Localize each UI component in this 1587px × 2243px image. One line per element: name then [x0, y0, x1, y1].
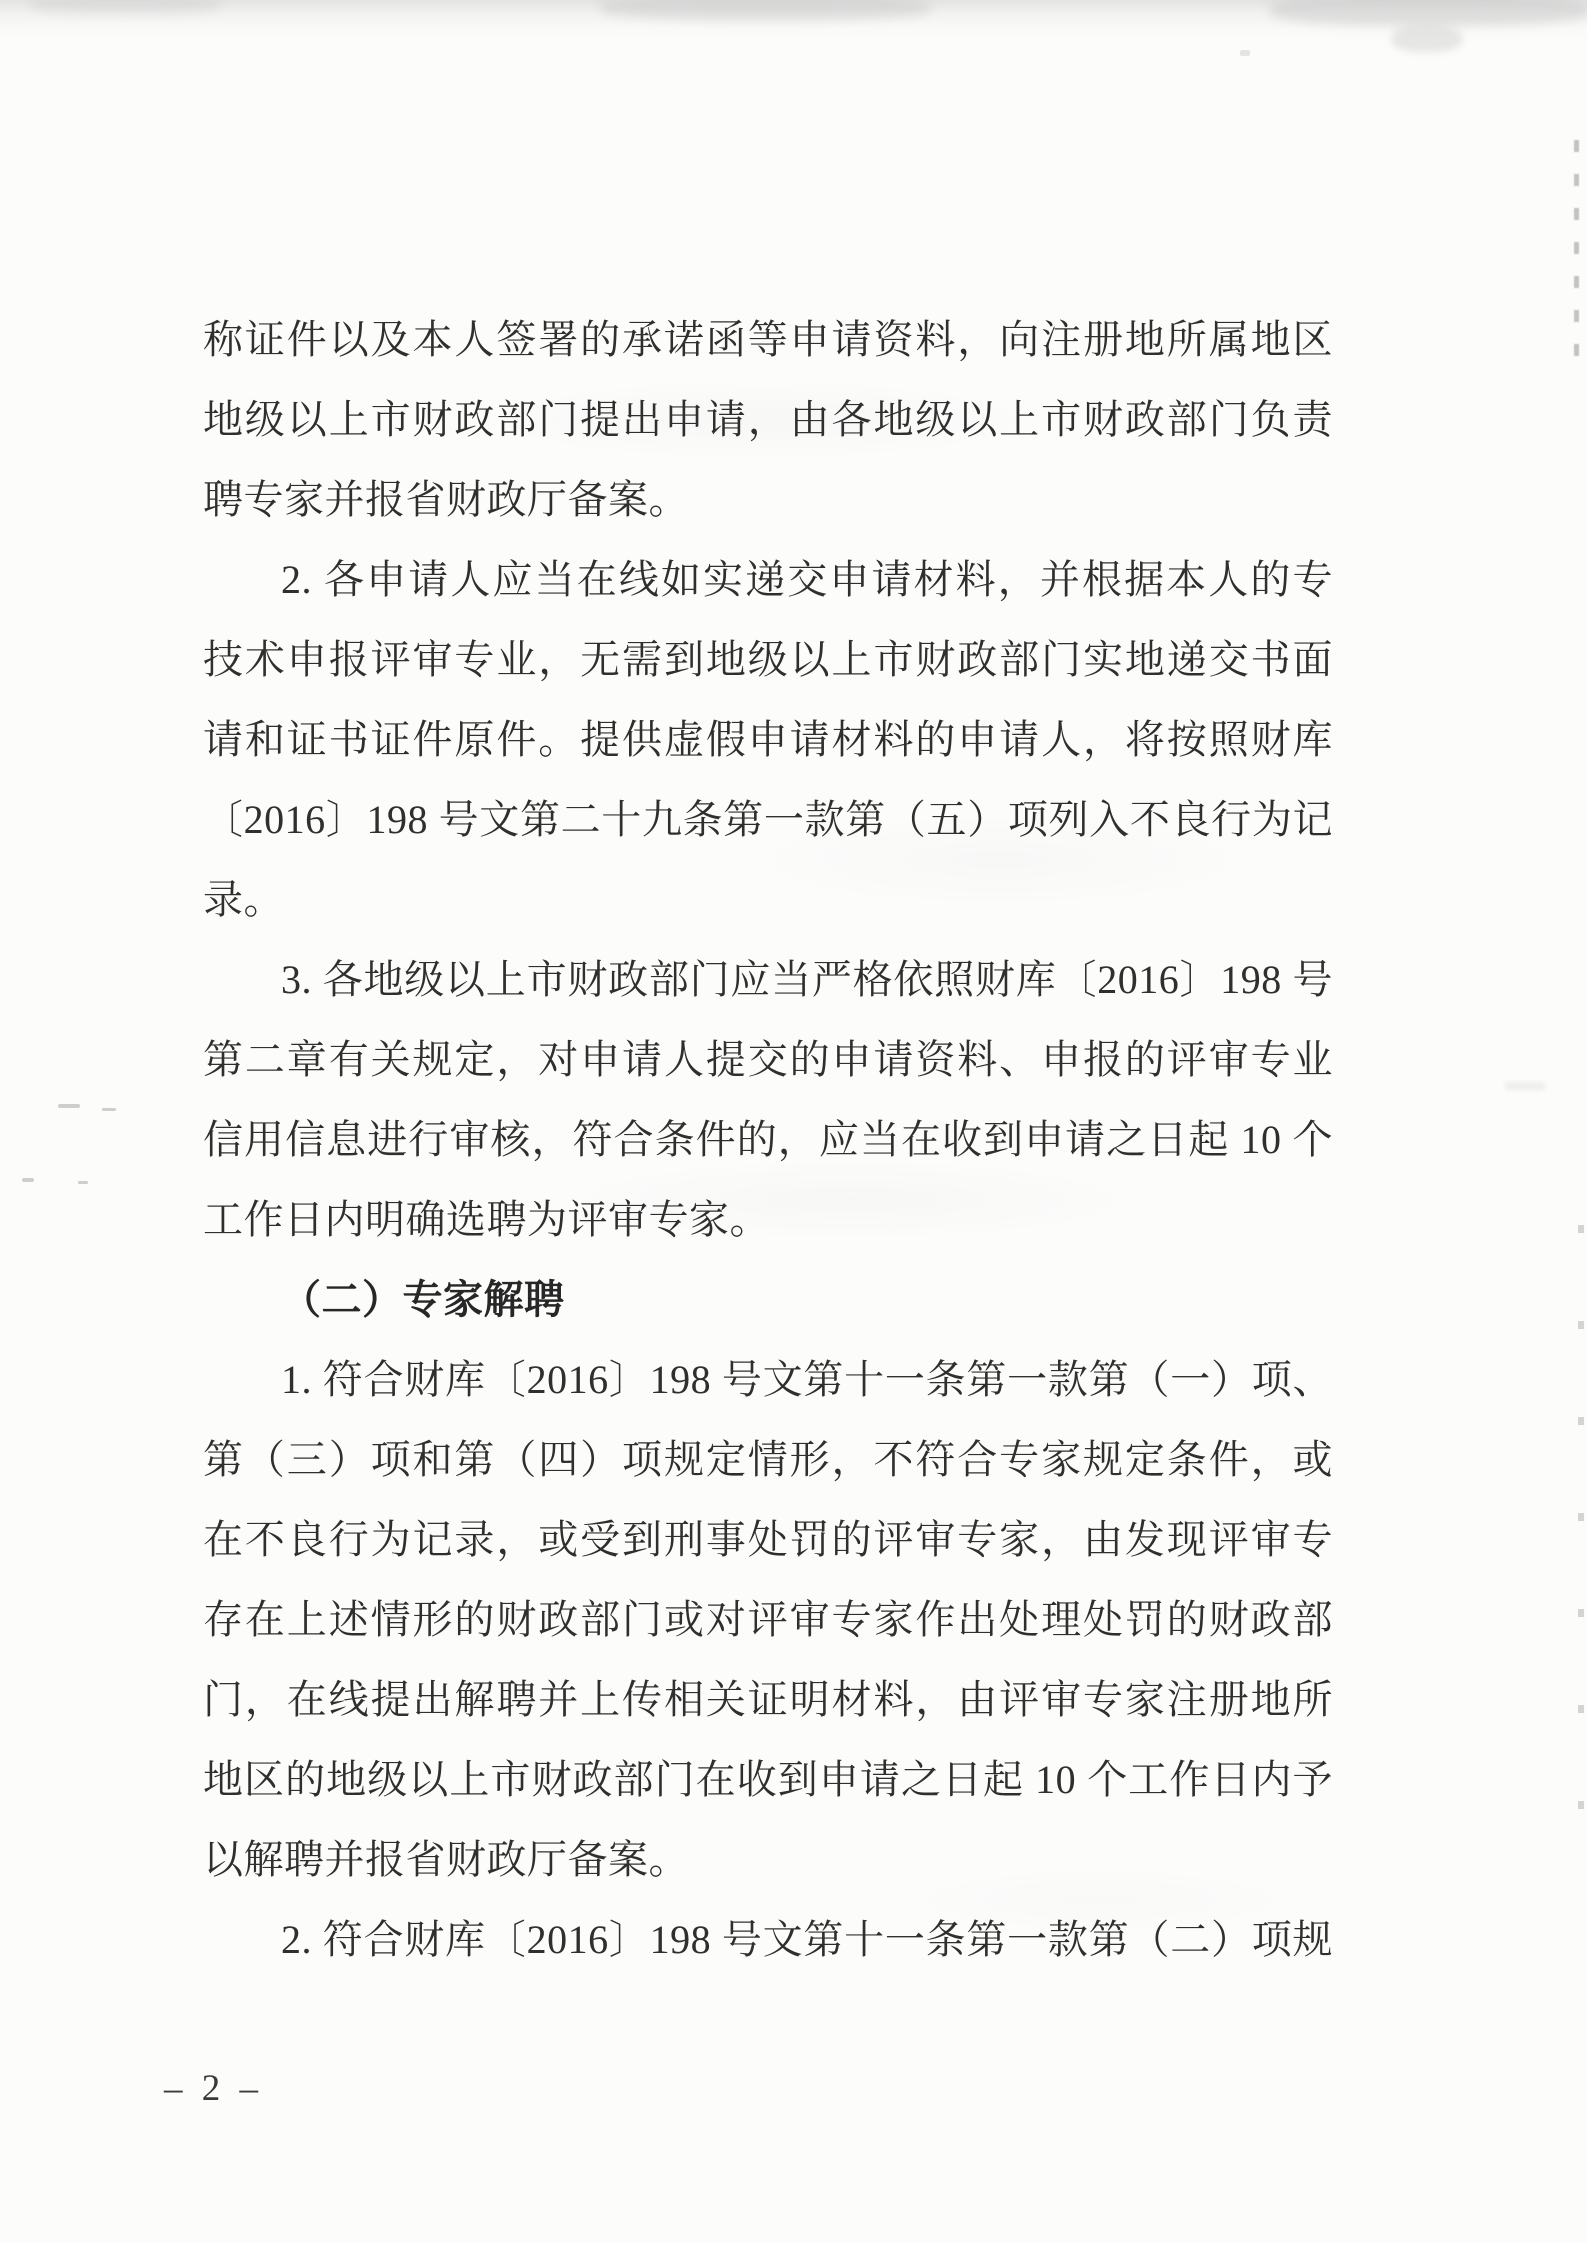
scan-speck — [1240, 50, 1250, 56]
text-line: 〔2016〕198 号文第二十九条第一款第（五）项列入不良行为记 — [203, 780, 1333, 860]
text-line: 地区的地级以上市财政部门在收到申请之日起 10 个工作日内予 — [203, 1740, 1333, 1820]
scan-edge-dashes — [1578, 1225, 1584, 1865]
scan-edge-dashes — [1574, 140, 1579, 370]
scan-smudge — [1392, 26, 1462, 52]
text-line: 存在上述情形的财政部门或对评审专家作出处理处罚的财政部 — [203, 1580, 1333, 1660]
text-line: 第（三）项和第（四）项规定情形，不符合专家规定条件，或存 — [203, 1420, 1333, 1500]
section-heading: （二）专家解聘 — [203, 1260, 1333, 1340]
text-line: 称证件以及本人签署的承诺函等申请资料，向注册地所属地区的 — [203, 300, 1333, 380]
text-line: 信用信息进行审核，符合条件的，应当在收到申请之日起 10 个 — [203, 1100, 1333, 1180]
text-line: 录。 — [203, 860, 1333, 940]
text-line: 3. 各地级以上市财政部门应当严格依照财库〔2016〕198 号 — [203, 940, 1333, 1020]
text-line: 技术申报评审专业，无需到地级以上市财政部门实地递交书面申 — [203, 620, 1333, 700]
text-line: 工作日内明确选聘为评审专家。 — [203, 1180, 1333, 1260]
scan-speck — [1505, 1082, 1545, 1090]
text-line: 第二章有关规定，对申请人提交的申请资料、申报的评审专业和 — [203, 1020, 1333, 1100]
page-number: – 2 – — [164, 2066, 263, 2112]
text-line: 地级以上市财政部门提出申请，由各地级以上市财政部门负责选 — [203, 380, 1333, 460]
text-line: 在不良行为记录，或受到刑事处罚的评审专家，由发现评审专家 — [203, 1500, 1333, 1580]
scan-speck — [102, 1108, 116, 1111]
scan-speck — [22, 1178, 34, 1182]
text-line: 门，在线提出解聘并上传相关证明材料，由评审专家注册地所属 — [203, 1660, 1333, 1740]
text-line: 以解聘并报省财政厅备案。 — [203, 1820, 1333, 1900]
text-line: 2. 符合财库〔2016〕198 号文第十一条第一款第（二）项规 — [203, 1900, 1333, 1980]
text-line: 聘专家并报省财政厅备案。 — [203, 460, 1333, 540]
scan-speck — [58, 1104, 80, 1108]
scan-top-edge-band — [0, 0, 1587, 48]
text-line: 请和证书证件原件。提供虚假申请材料的申请人，将按照财库 — [203, 700, 1333, 780]
scan-smudge — [600, 0, 930, 20]
text-line: 2. 各申请人应当在线如实递交申请材料，并根据本人的专业 — [203, 540, 1333, 620]
scan-speck — [78, 1181, 88, 1184]
scan-smudge — [30, 0, 220, 14]
scan-smudge — [1270, 0, 1587, 26]
text-block: 称证件以及本人签署的承诺函等申请资料，向注册地所属地区的地级以上市财政部门提出申… — [203, 300, 1333, 1980]
text-line: 1. 符合财库〔2016〕198 号文第十一条第一款第（一）项、 — [203, 1340, 1333, 1420]
